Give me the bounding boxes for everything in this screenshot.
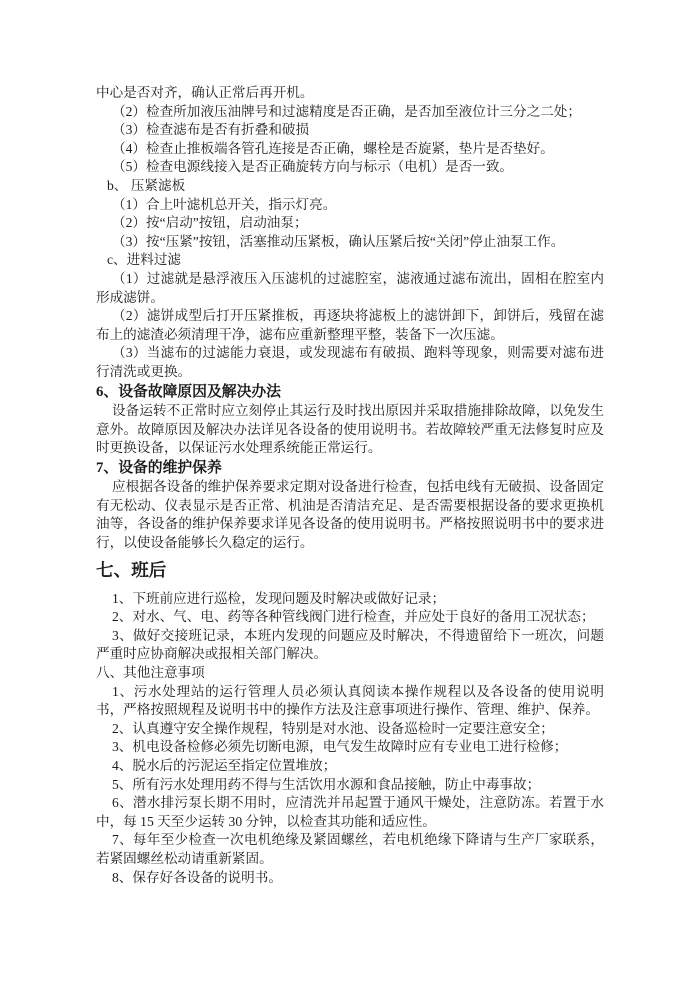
list-item-label: b、 压紧滤板: [96, 177, 604, 196]
body-paragraph: 2、认真遵守安全操作规程，特别是对水池、设备巡检时一定要注意安全；: [96, 720, 604, 739]
document-text-block: 中心是否对齐，确认正常后再开机。 （2）检查所加液压油牌号和过滤精度是否正确，是…: [96, 84, 604, 887]
body-paragraph: 3、做好交接班记录，本班内发现的问题应及时解决，不得遗留给下一班次，问题严重时应…: [96, 627, 604, 664]
body-paragraph: 2、对水、气、电、药等各种管线阀门进行检查，并应处于良好的备用工况状态；: [96, 608, 604, 627]
body-paragraph: 8、保存好各设备的说明书。: [96, 869, 604, 888]
body-paragraph: （4）检查止推板端各管孔连接是否正确，螺栓是否旋紧，垫片是否垫好。: [96, 140, 604, 159]
body-paragraph: 4、脱水后的污泥运至指定位置堆放；: [96, 757, 604, 776]
body-paragraph: 设备运转不正常时应立刻停止其运行及时找出原因并采取措施排除故障，以免发生意外。故…: [96, 402, 604, 458]
body-paragraph: 中心是否对齐，确认正常后再开机。: [96, 84, 604, 103]
body-paragraph: 1、污水处理站的运行管理人员必须认真阅读本操作规程以及各设备的使用说明书，严格按…: [96, 683, 604, 720]
body-paragraph: （1）合上叶滤机总开关，指示灯亮。: [96, 196, 604, 215]
body-paragraph: 3、机电设备检修必须先切断电源，电气发生故障时应有专业电工进行检修；: [96, 738, 604, 757]
body-paragraph: 5、所有污水处理用药不得与生活饮用水源和食品接触，防止中毒事故；: [96, 776, 604, 795]
body-paragraph: （3）当滤布的过滤能力衰退，或发现滤布有破损、跑料等现象，则需要对滤布进行清洗或…: [96, 344, 604, 381]
body-paragraph: （2）滤饼成型后打开压紧推板，再逐块将滤板上的滤饼卸下，卸饼后，残留在滤布上的滤…: [96, 307, 604, 344]
section-heading: 6、设备故障原因及解决办法: [96, 382, 604, 403]
body-paragraph: （2）按“启动”按钮，启动油泵；: [96, 214, 604, 233]
body-paragraph: （3）检查滤布是否有折叠和破损: [96, 121, 604, 140]
body-paragraph: 7、每年至少检查一次电机绝缘及紧固螺丝，若电机绝缘下降请与生产厂家联系，若紧固螺…: [96, 831, 604, 868]
body-paragraph: 1、下班前应进行巡检，发现问题及时解决或做好记录；: [96, 590, 604, 609]
body-paragraph: （2）检查所加液压油牌号和过滤精度是否正确，是否加至液位计三分之二处；: [96, 103, 604, 122]
body-paragraph: 6、潜水排污泵长期不用时，应清洗并吊起置于通风干燥处，注意防冻。若置于水中，每 …: [96, 794, 604, 831]
list-item-label: c、进料过滤: [96, 251, 604, 270]
document-page: 中心是否对齐，确认正常后再开机。 （2）检查所加液压油牌号和过滤精度是否正确，是…: [0, 0, 700, 990]
chapter-heading: 七、班后: [96, 558, 604, 583]
section-heading: 八、其他注意事项: [96, 664, 604, 683]
section-heading: 7、设备的维护保养: [96, 458, 604, 479]
body-paragraph: （3）按“压紧”按钮，活塞推动压紧板，确认压紧后按“关闭”停止油泵工作。: [96, 233, 604, 252]
body-paragraph: 应根据各设备的维护保养要求定期对设备进行检查，包括电线有无破损、设备固定有无松动…: [96, 478, 604, 552]
body-paragraph: （5）检查电源线接入是否正确旋转方向与标示（电机）是否一致。: [96, 158, 604, 177]
body-paragraph: （1）过滤就是悬浮液压入压滤机的过滤腔室，滤液通过滤布流出，固相在腔室内形成滤饼…: [96, 270, 604, 307]
